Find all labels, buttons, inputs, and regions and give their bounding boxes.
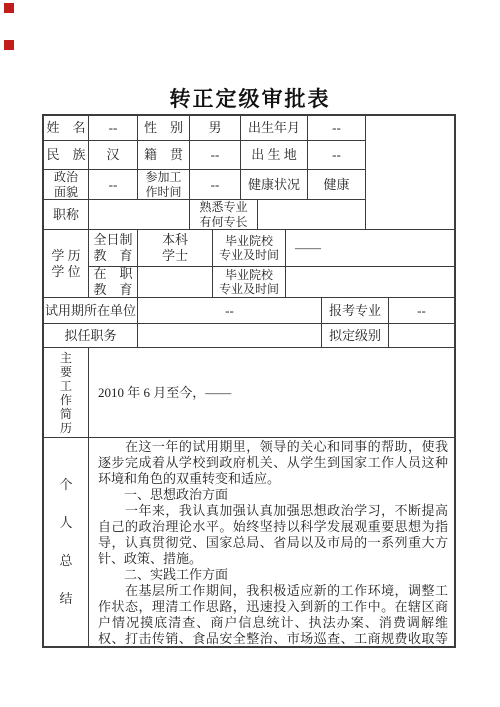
name-value-cell: -- xyxy=(89,116,138,141)
work-history-content-cell: 2010 年 6 月至今，—— xyxy=(89,348,454,438)
probation-unit-label-cell: 试用期所在单位 xyxy=(44,298,138,324)
photo-cell xyxy=(366,116,454,230)
job-title-value-cell xyxy=(89,200,190,230)
exam-major-label-cell: 报考专业 xyxy=(322,298,389,324)
gender-label-cell: 性 别 xyxy=(138,116,190,141)
birth-date-value-cell: -- xyxy=(308,116,366,141)
fulltime-education-label-cell: 全日制 教 育 xyxy=(89,230,138,267)
proposed-position-value-cell xyxy=(138,324,322,348)
personal-summary-label-cell: 个 人 总 结 xyxy=(44,438,89,646)
proposed-position-label-cell: 拟任职务 xyxy=(44,324,138,348)
work-history-label-cell: 主 要 工 作 简 历 xyxy=(44,348,89,438)
job-title-label-cell: 职称 xyxy=(44,200,89,230)
native-place-value-cell: -- xyxy=(190,141,241,170)
specialty-value-cell xyxy=(258,200,366,230)
work-start-value-cell: -- xyxy=(190,170,241,200)
health-label-cell: 健康状况 xyxy=(241,170,308,200)
political-status-value-cell: -- xyxy=(89,170,138,200)
approval-form-table: 姓 名 -- 性 别 男 出生年月 -- 民 族 汉 籍 贯 -- 出 生 地 … xyxy=(42,114,456,648)
fulltime-school-label-cell: 毕业院校 专业及时间 xyxy=(213,230,286,267)
education-section-label-cell: 学 历 学 位 xyxy=(44,230,89,298)
onjob-school-label-cell: 毕业院校 专业及时间 xyxy=(213,267,286,298)
gender-value-cell: 男 xyxy=(190,116,241,141)
fulltime-school-value-cell: —— xyxy=(286,230,454,267)
birth-place-value-cell: -- xyxy=(308,141,366,170)
work-start-label-cell: 参加工 作时间 xyxy=(138,170,190,200)
exam-major-value-cell: -- xyxy=(389,298,454,324)
health-value-cell: 健康 xyxy=(308,170,366,200)
red-marker-2 xyxy=(4,40,14,50)
birth-place-label-cell: 出 生 地 xyxy=(241,141,308,170)
personal-summary-content-cell: 在这一年的试用期里，领导的关心和同事的帮助，使我逐步完成着从学校到政府机关、从学… xyxy=(89,438,454,646)
red-marker-1 xyxy=(4,3,14,13)
proposed-grade-value-cell xyxy=(389,324,454,348)
probation-unit-value-cell: -- xyxy=(138,298,322,324)
ethnic-value-cell: 汉 xyxy=(89,141,138,170)
political-status-label-cell: 政治 面貌 xyxy=(44,170,89,200)
name-label-cell: 姓 名 xyxy=(44,116,89,141)
onjob-school-value-cell xyxy=(286,267,454,298)
onjob-degree-cell xyxy=(138,267,213,298)
proposed-grade-label-cell: 拟定级别 xyxy=(322,324,389,348)
ethnic-label-cell: 民 族 xyxy=(44,141,89,170)
document-page: 转正定级审批表 姓 名 -- 性 别 男 出生年月 -- 民 族 汉 籍 贯 -… xyxy=(0,0,500,707)
specialty-label-cell: 熟悉专业 有何专长 xyxy=(190,200,258,230)
native-place-label-cell: 籍 贯 xyxy=(138,141,190,170)
birth-date-label-cell: 出生年月 xyxy=(241,116,308,141)
page-title: 转正定级审批表 xyxy=(0,83,500,113)
fulltime-degree-cell: 本科 学士 xyxy=(138,230,213,267)
onjob-education-label-cell: 在 职 教 育 xyxy=(89,267,138,298)
